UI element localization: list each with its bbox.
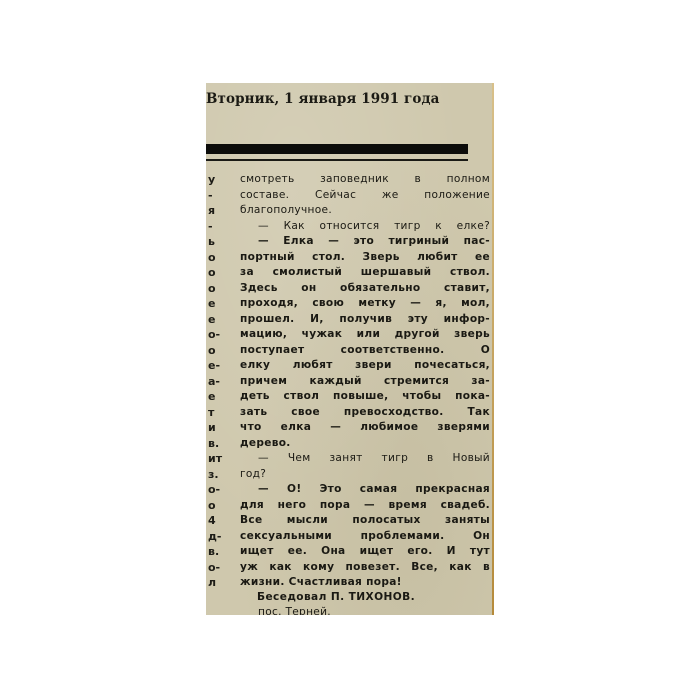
article-line: сексуальными проблемами. Он	[240, 529, 490, 545]
article-line: что елка — любимое зверями	[240, 420, 490, 436]
issue-date-header: Вторник, 1 января 1991 года	[206, 91, 488, 107]
fragment-line: -	[208, 188, 222, 204]
fragment-line: 4	[208, 513, 222, 529]
fragment-line: о	[208, 498, 222, 514]
article-line: дерево.	[240, 436, 490, 452]
article-line: зать свое превосходство. Так	[240, 405, 490, 421]
article-line: благополучное.	[240, 203, 490, 219]
fragment-line: в.	[208, 544, 222, 560]
fragment-line: о	[208, 343, 222, 359]
header-rule	[206, 159, 468, 161]
article-line: смотреть заповедник в полном	[240, 172, 490, 188]
fragment-line: в.	[208, 436, 222, 452]
fragment-line: о	[208, 265, 222, 281]
article-body: смотреть заповедник в полномсоставе. Сей…	[240, 172, 490, 591]
article-line: ищет ее. Она ищет его. И тут	[240, 544, 490, 560]
paper-edge	[492, 83, 494, 615]
article-line: за смолистый шершавый ствол.	[240, 265, 490, 281]
fragment-line: а-	[208, 374, 222, 390]
article-line: — Елка — это тигриный пас-	[240, 234, 490, 250]
fragment-line: и	[208, 420, 222, 436]
fragment-line: з.	[208, 467, 222, 483]
article-line: елку любят звери почесаться,	[240, 358, 490, 374]
fragment-line: о-	[208, 560, 222, 576]
article-place: пос. Терней.	[258, 606, 331, 615]
fragment-line: я	[208, 203, 222, 219]
article-line: — О! Это самая прекрасная	[240, 482, 490, 498]
fragment-line: -	[208, 219, 222, 235]
left-column-fragments: у-я-ьоооеео-ое-а-етив.итз.о-о4д-в.о-л	[208, 172, 222, 591]
article-line: — Как относится тигр к елке?	[240, 219, 490, 235]
article-signature: Беседовал П. ТИХОНОВ.	[257, 591, 415, 603]
fragment-line: ь	[208, 234, 222, 250]
header-black-bar	[206, 144, 468, 154]
fragment-line: о-	[208, 327, 222, 343]
article-line: жизни. Счастливая пора!	[240, 575, 490, 591]
article-line: для него пора — время свадеб.	[240, 498, 490, 514]
article-line: портный стол. Зверь любит ее	[240, 250, 490, 266]
article-line: Здесь он обязательно ставит,	[240, 281, 490, 297]
fragment-line: о-	[208, 482, 222, 498]
article-line: причем каждый стремится за-	[240, 374, 490, 390]
fragment-line: е	[208, 312, 222, 328]
article-line: уж как кому повезет. Все, как в	[240, 560, 490, 576]
fragment-line: е	[208, 389, 222, 405]
fragment-line: д-	[208, 529, 222, 545]
fragment-line: л	[208, 575, 222, 591]
article-line: — Чем занят тигр в Новый	[240, 451, 490, 467]
fragment-line: о	[208, 250, 222, 266]
article-line: год?	[240, 467, 490, 483]
article-line: проходя, свою метку — я, мол,	[240, 296, 490, 312]
article-line: составе. Сейчас же положение	[240, 188, 490, 204]
fragment-line: у	[208, 172, 222, 188]
fragment-line: е	[208, 296, 222, 312]
article-line: Все мысли полосатых заняты	[240, 513, 490, 529]
article-line: мацию, чужак или другой зверь	[240, 327, 490, 343]
article-line: прошел. И, получив эту инфор-	[240, 312, 490, 328]
article-line: поступает соответственно. О	[240, 343, 490, 359]
fragment-line: т	[208, 405, 222, 421]
newspaper-clipping: Вторник, 1 января 1991 года у-я-ьоооеео-…	[206, 83, 494, 615]
article-line: деть ствол повыше, чтобы пока-	[240, 389, 490, 405]
fragment-line: о	[208, 281, 222, 297]
fragment-line: ит	[208, 451, 222, 467]
fragment-line: е-	[208, 358, 222, 374]
